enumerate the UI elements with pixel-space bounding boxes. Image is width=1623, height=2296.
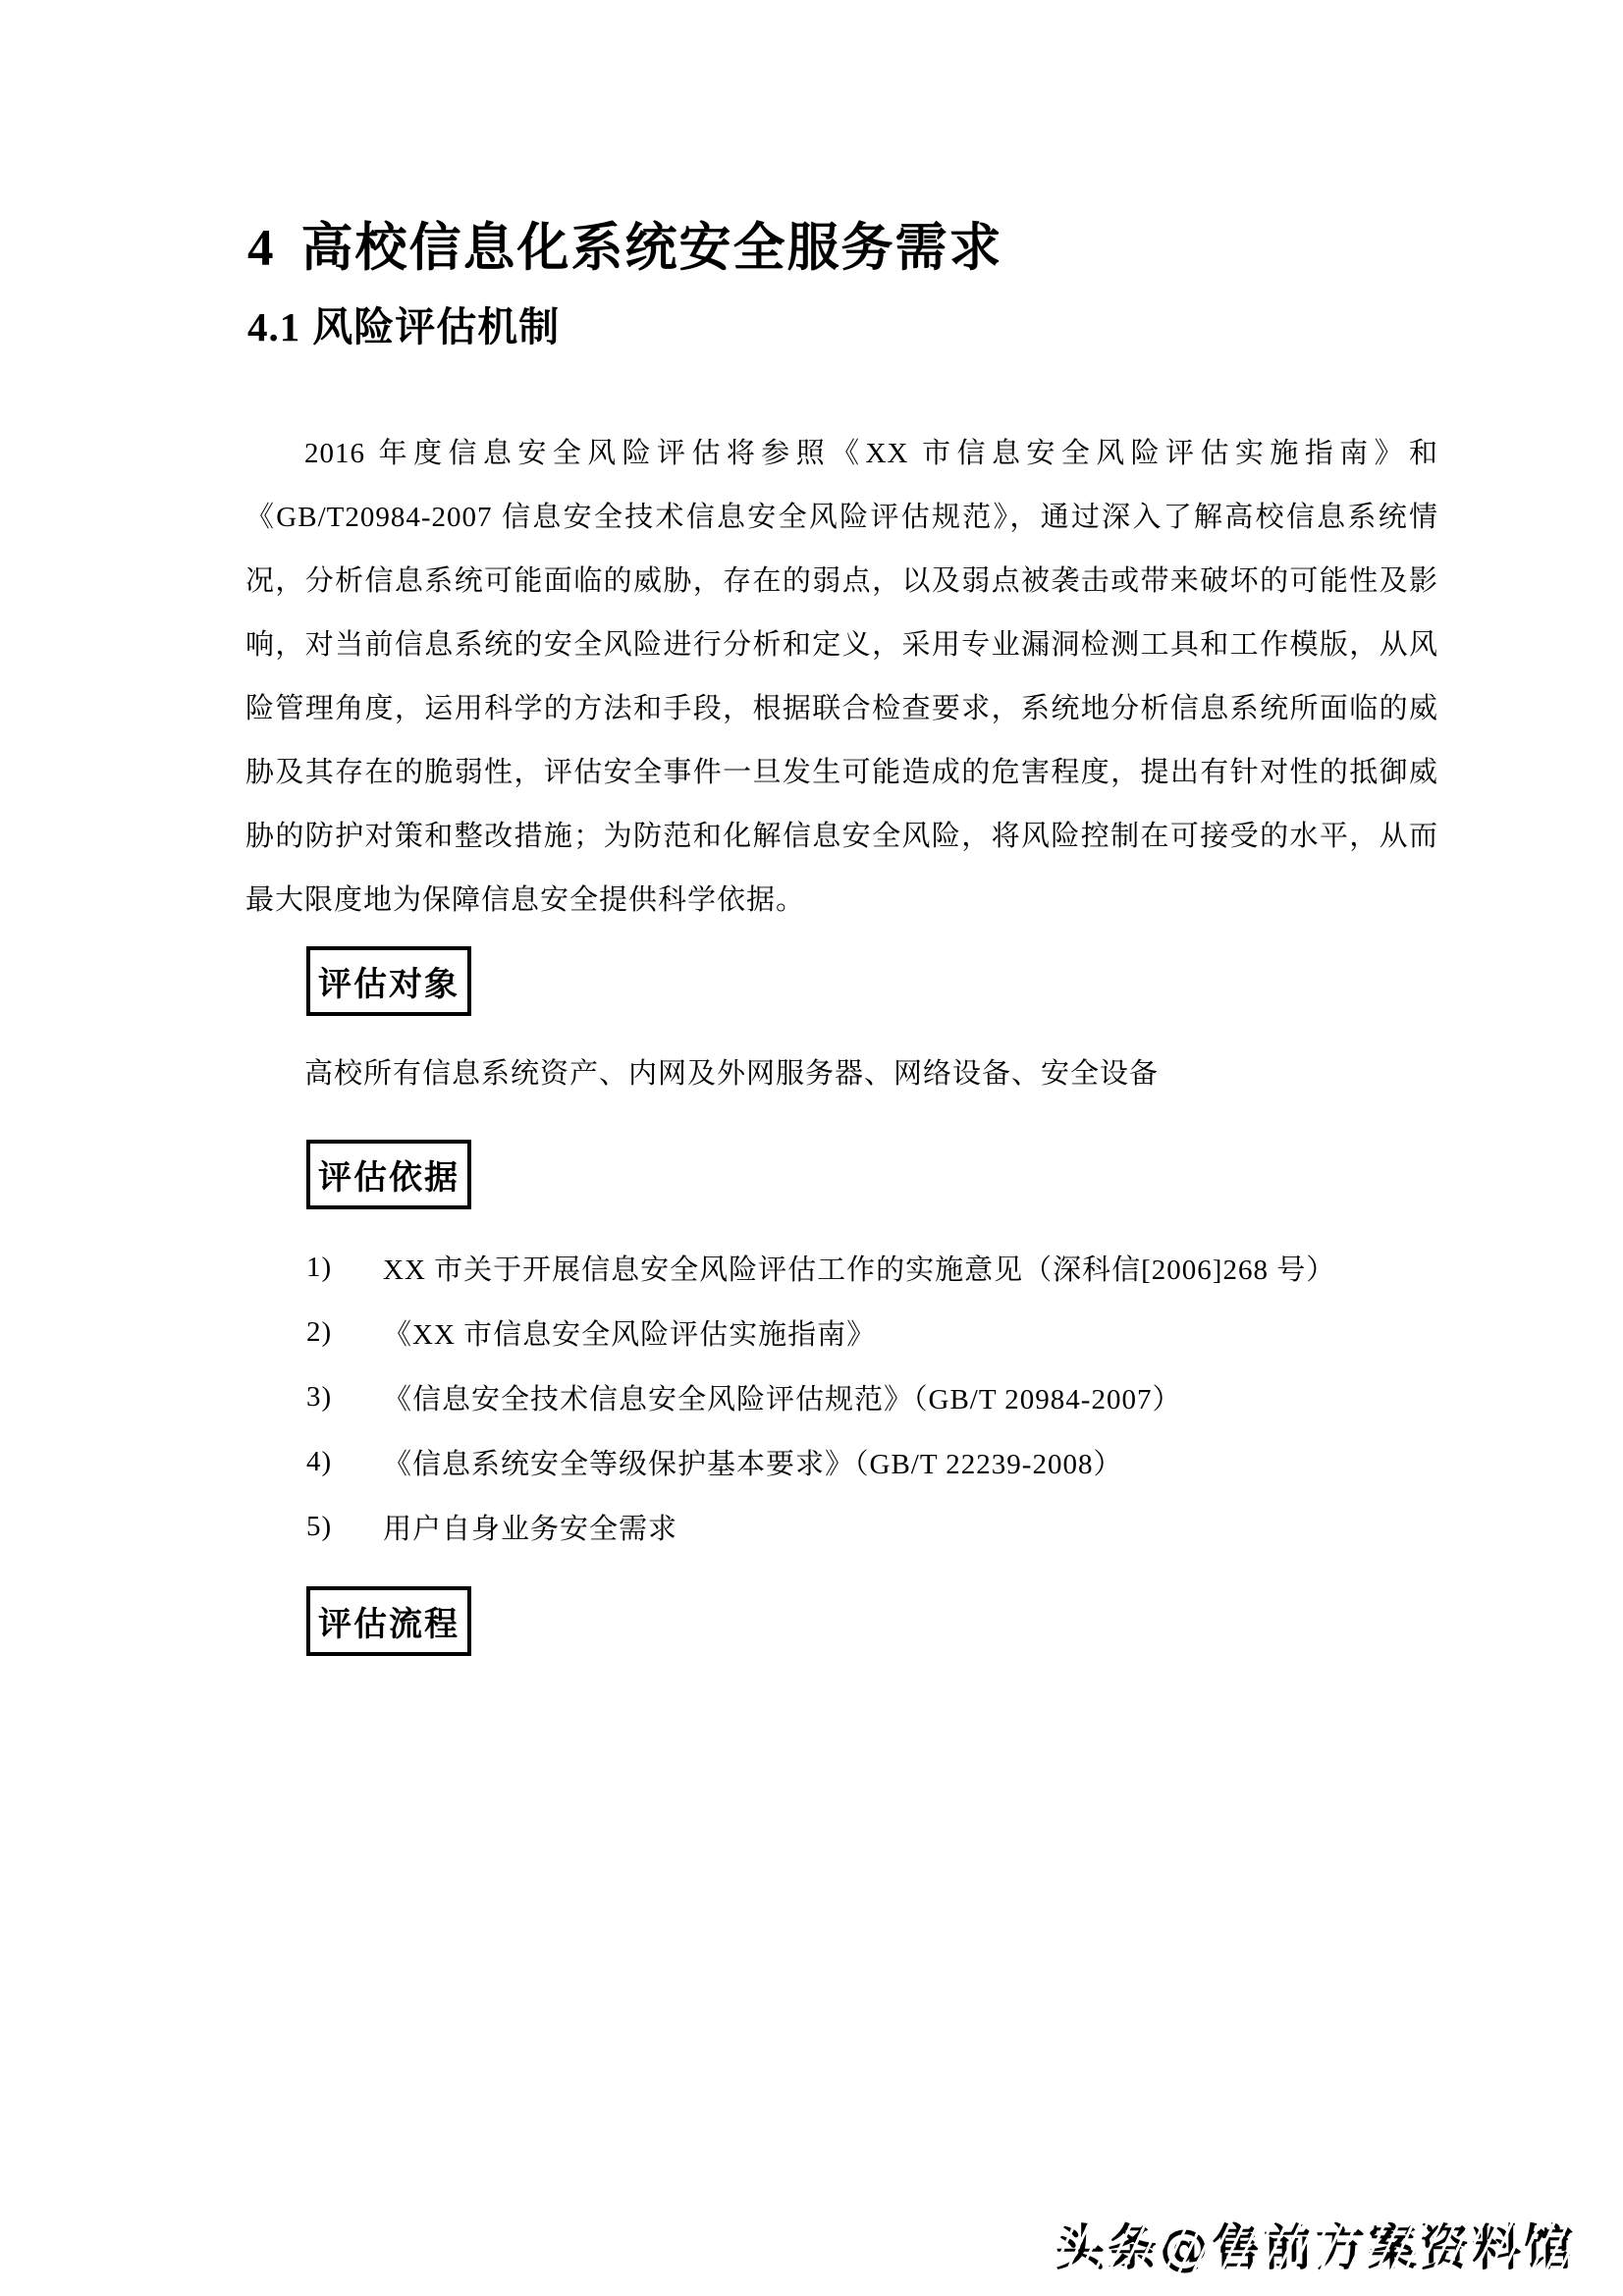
watermark-text: 头条@售前方案资料馆 xyxy=(1055,2219,1576,2276)
section-title: 高校信息化系统安全服务需求 xyxy=(301,220,1003,277)
list-item: 1) XX 市关于开展信息安全风险评估工作的实施意见（深科信[2006]268 … xyxy=(306,1235,1445,1300)
assessment-process-label-box: 评估流程 xyxy=(306,1586,471,1656)
assessment-basis-label: 评估依据 xyxy=(318,1160,460,1197)
section-number: 4 xyxy=(247,220,276,277)
list-item-text: 《信息系统安全等级保护基本要求》（GB/T 22239-2008） xyxy=(383,1442,1122,1482)
list-item-number: 2) xyxy=(306,1316,383,1349)
list-item-number: 5) xyxy=(306,1511,383,1543)
list-item-text: 用户自身业务安全需求 xyxy=(383,1507,677,1547)
assessment-basis-list: 1) XX 市关于开展信息安全风险评估工作的实施意见（深科信[2006]268 … xyxy=(306,1235,1445,1559)
list-item: 3) 《信息安全技术信息安全风险评估规范》（GB/T 20984-2007） xyxy=(306,1364,1445,1429)
assessment-target-label: 评估对象 xyxy=(318,967,460,1003)
assessment-process-label: 评估流程 xyxy=(318,1607,460,1643)
section-heading: 4高校信息化系统安全服务需求 xyxy=(247,206,1003,281)
subsection-number: 4.1 xyxy=(247,304,300,349)
list-item-number: 3) xyxy=(306,1381,383,1414)
assessment-target-content: 高校所有信息系统资产、内网及外网服务器、网络设备、安全设备 xyxy=(245,1042,1438,1106)
document-page: 4高校信息化系统安全服务需求 4.1风险评估机制 2016 年度信息安全风险评估… xyxy=(0,0,1623,2296)
list-item: 4) 《信息系统安全等级保护基本要求》（GB/T 22239-2008） xyxy=(306,1429,1445,1494)
list-item-number: 4) xyxy=(306,1446,383,1478)
list-item-text: 《XX 市信息安全风险评估实施指南》 xyxy=(383,1312,876,1353)
subsection-heading: 4.1风险评估机制 xyxy=(247,294,560,352)
list-item-text: XX 市关于开展信息安全风险评估工作的实施意见（深科信[2006]268 号） xyxy=(383,1248,1335,1288)
list-item: 5) 用户自身业务安全需求 xyxy=(306,1494,1445,1559)
list-item-number: 1) xyxy=(306,1252,383,1284)
list-item: 2) 《XX 市信息安全风险评估实施指南》 xyxy=(306,1300,1445,1364)
watermark: 头条@售前方案资料馆 xyxy=(1055,2209,1576,2279)
assessment-basis-label-box: 评估依据 xyxy=(306,1140,471,1209)
subsection-title: 风险评估机制 xyxy=(312,304,560,349)
list-item-text: 《信息安全技术信息安全风险评估规范》（GB/T 20984-2007） xyxy=(383,1377,1181,1417)
intro-paragraph: 2016 年度信息安全风险评估将参照《XX 市信息安全风险评估实施指南》和《GB… xyxy=(245,422,1438,933)
assessment-target-label-box: 评估对象 xyxy=(306,946,471,1016)
